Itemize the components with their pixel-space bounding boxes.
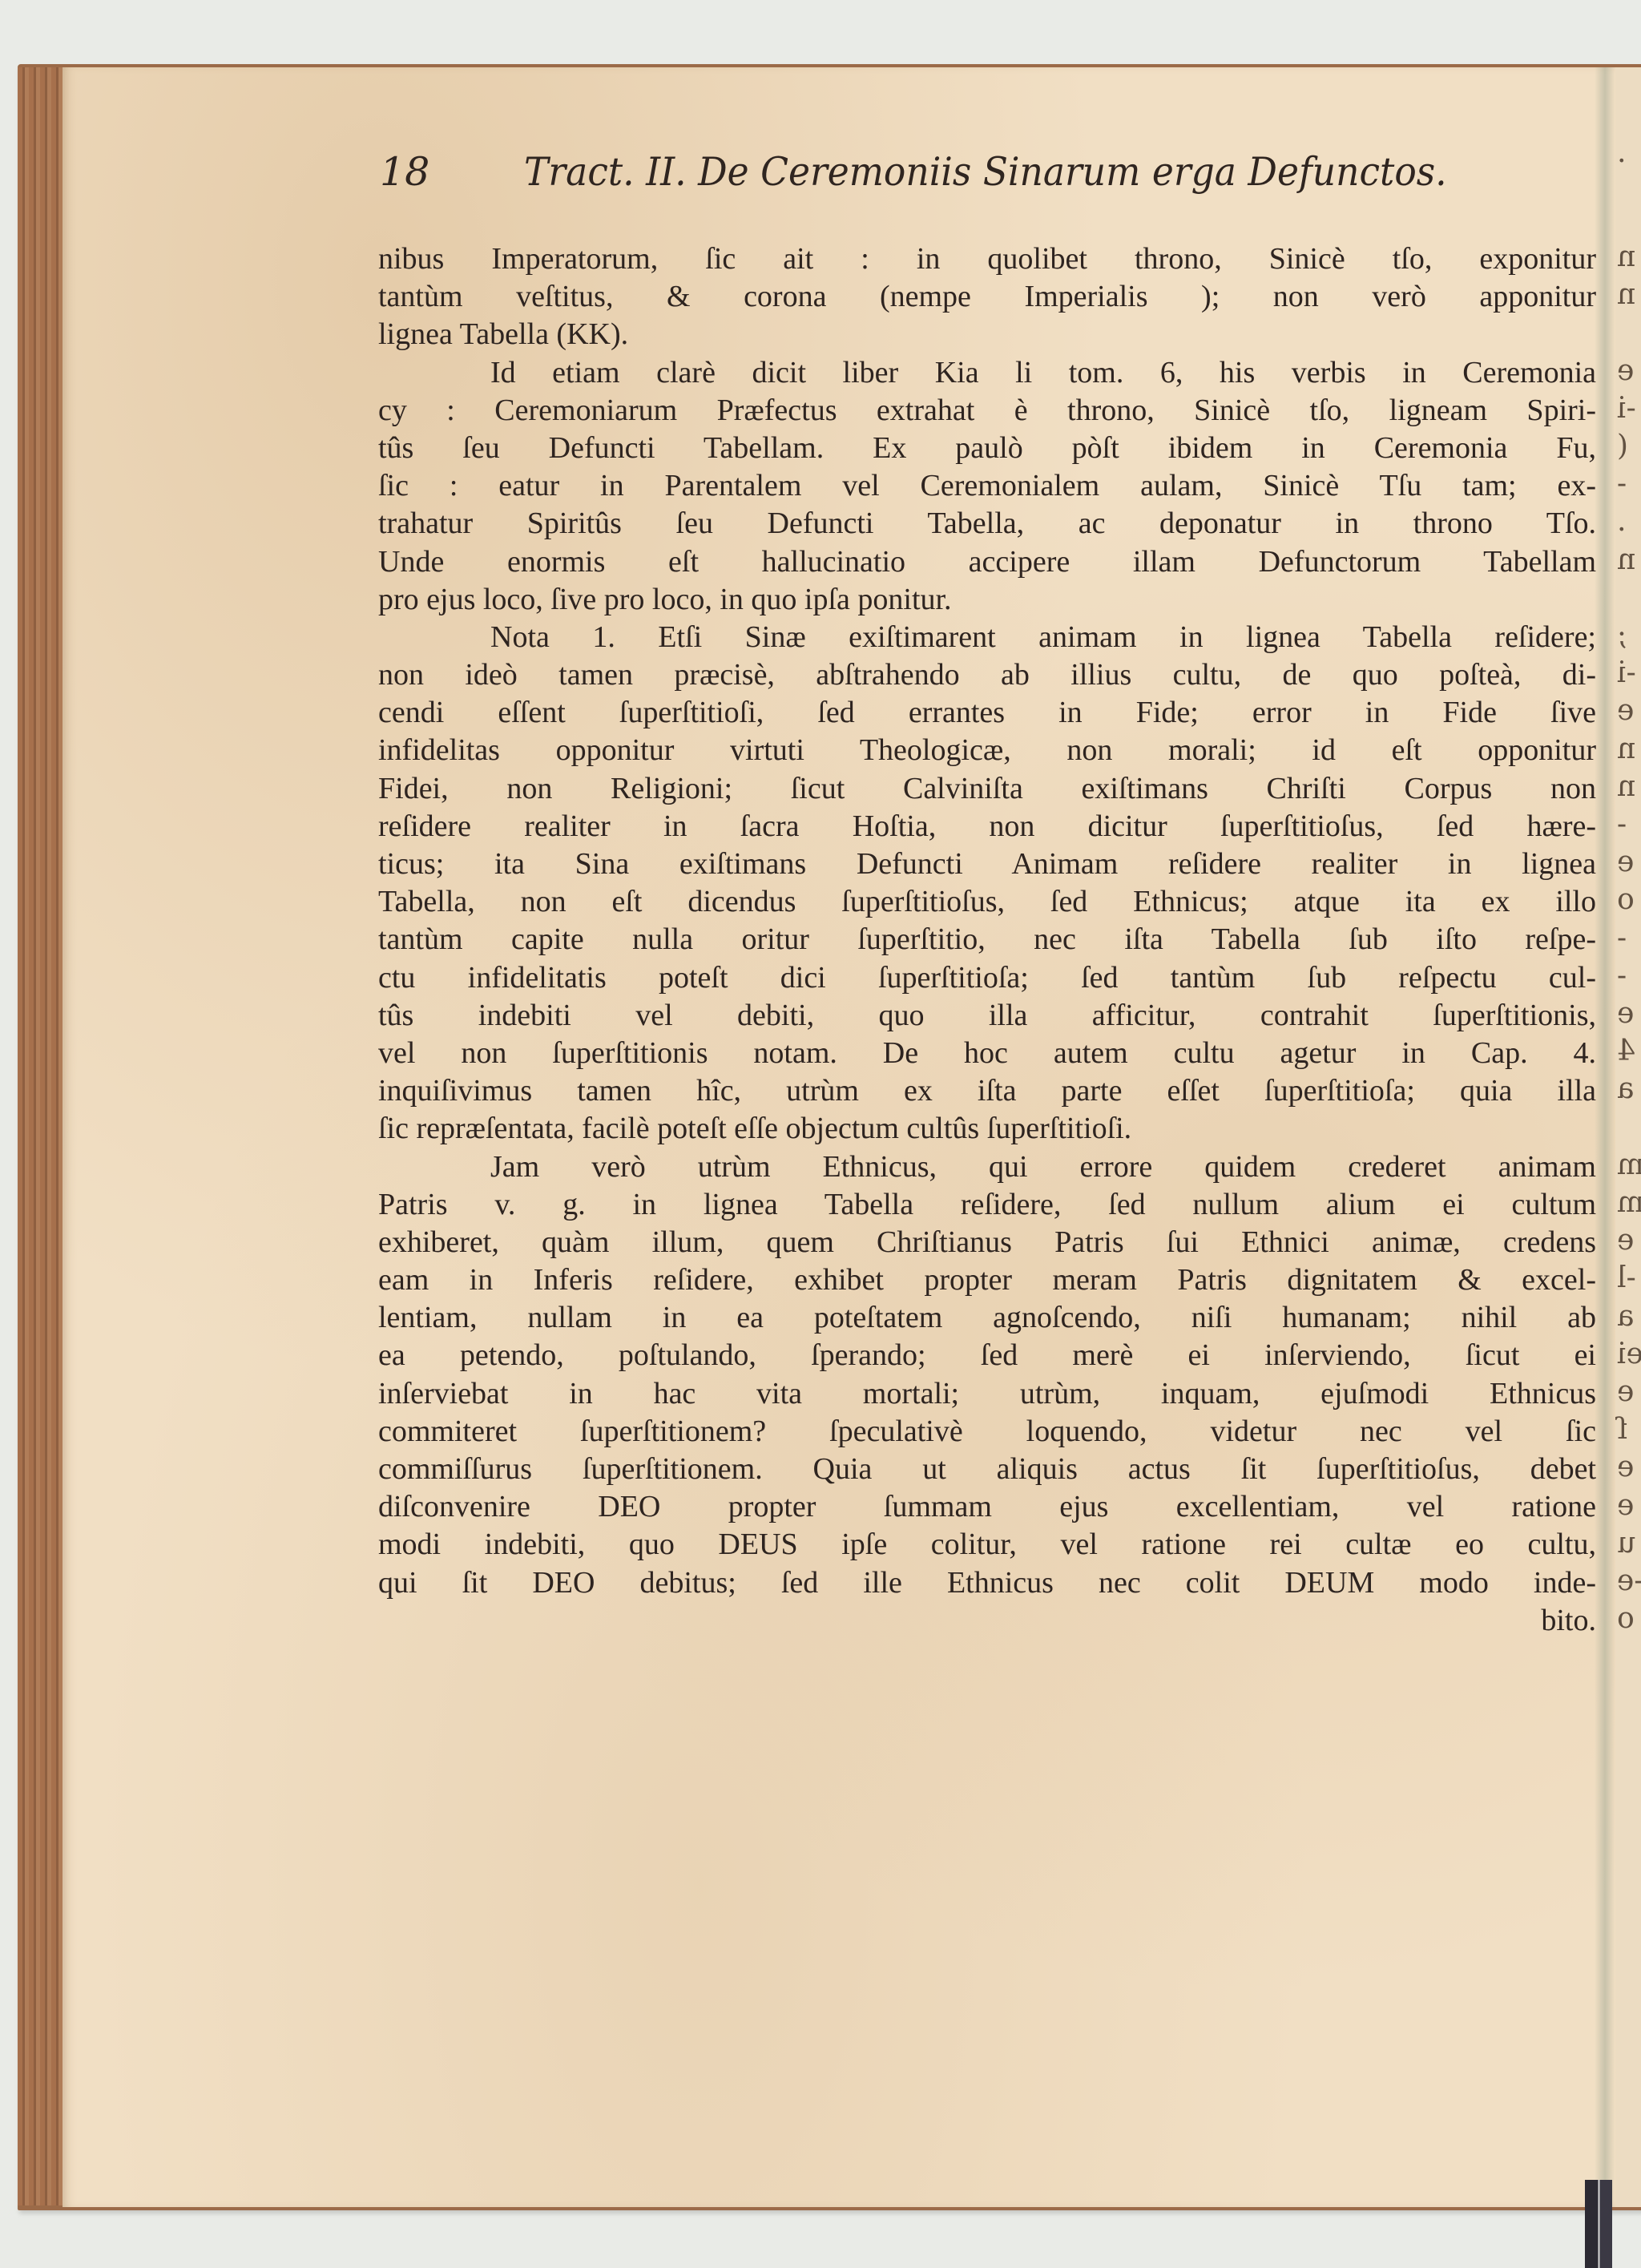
facing-page-fragment: -e [1617,1564,1641,1597]
text-line: ctu infidelitatis poteſt dici ſuperſtiti… [378,959,1596,997]
text-line: Tabella, non eſt dicendus ſuperſtitioſus… [378,883,1596,921]
facing-page-fragment: e [1617,1375,1634,1408]
facing-page-fragment: - [1617,959,1627,992]
facing-page-fragment: u [1617,1527,1635,1560]
facing-page-fragment: e [1617,845,1634,878]
text-line: lentiam, nullam in ea poteſtatem agnoſce… [378,1299,1596,1337]
facing-page-fragment: o [1617,883,1635,916]
page-number: 18 [380,149,524,195]
text-line: pro ejus loco, ſive pro loco, in quo ipſ… [378,581,1596,619]
facing-page-fragment: e [1617,694,1634,727]
text-line: commiteret ſuperſtitionem? ſpeculativè l… [378,1413,1596,1451]
text-line: non ideò tamen præcisè, abſtrahendo ab i… [378,656,1596,694]
facing-page-fragment: 4 [1617,1035,1635,1067]
facing-page-fragment: . [1617,136,1626,169]
facing-page-fragment: e [1617,997,1634,1030]
text-line: inquiſivimus tamen hîc, utrùm ex iſta pa… [378,1072,1596,1110]
facing-page-fragment: e [1617,1451,1634,1483]
text-line: commiſſurus ſuperſtitionem. Quia ut aliq… [378,1451,1596,1488]
facing-page-fragment: - [1617,922,1627,954]
text-line: Nota 1. Etſi Sinæ exiſtimarent animam in… [378,619,1596,656]
text-line: tantùm veſtitus, & corona (nempe Imperia… [378,278,1596,316]
facing-page-fragment: a [1617,1300,1634,1333]
text-line: ticus; ita Sina exiſtimans Defuncti Anim… [378,845,1596,883]
body-text: nibus Imperatorum, ſic ait : in quolibet… [378,240,1596,1640]
text-line: ſic : eatur in Parentalem vel Ceremonial… [378,467,1596,505]
text-line: nibus Imperatorum, ſic ait : in quolibet… [378,240,1596,278]
text-line: cendi eſſent ſuperſtitioſi, ſed errantes… [378,694,1596,732]
text-line: Jam verò utrùm Ethnicus, qui errore quid… [378,1148,1596,1186]
text-line: eam in Inferis reſidere, exhibet propter… [378,1261,1596,1299]
text-line: inſerviebat in hac vita mortali; utrùm, … [378,1375,1596,1413]
facing-page-fragment: ſ [1617,1413,1627,1446]
text-line: Unde enormis eſt hallucinatio accipere i… [378,543,1596,581]
text-line: diſconvenire DEO propter ſummam ejus exc… [378,1488,1596,1526]
facing-page-fragment: n [1617,770,1635,803]
text-line: reſidere realiter in ſacra Hoſtia, non d… [378,808,1596,845]
text-line: tûs indebiti vel debiti, quo illa affici… [378,997,1596,1035]
facing-page-fragment: o [1617,1602,1635,1635]
facing-page-fragment: n [1617,278,1635,311]
facing-page-fragment: -i [1617,392,1636,425]
facing-page-fragment: - [1617,808,1627,841]
facing-page-fragment: ; [1617,619,1627,652]
facing-page-strip: .nne-i(-.n;-ienn-eo--e4amme-laeieſeeu-eo [1615,67,1641,2207]
text-line: ſic repræſentata, facilè poteſt eſſe obj… [378,1110,1596,1148]
text-line: trahatur Spiritûs ſeu Defuncti Tabella, … [378,505,1596,543]
text-line: qui ſit DEO debitus; ſed ille Ethnicus n… [378,1564,1596,1602]
running-head: 18Tract. II. De Ceremoniis Sinarum erga … [380,149,1516,205]
facing-page-fragment: e [1617,1224,1634,1257]
text-line: ea petendo, poſtulando, ſperando; ſed me… [378,1337,1596,1374]
gutter-shadow [1595,67,1615,2207]
page-edge-stack [18,67,62,2205]
facing-page-fragment: a [1617,1072,1634,1105]
text-line: cy : Ceremoniarum Præfectus extrahat è t… [378,392,1596,430]
text-line: lignea Tabella (KK). [378,316,1596,353]
bookmark-ribbon [1585,2180,1612,2268]
text-line: bito. [378,1602,1596,1640]
facing-page-fragment: -l [1617,1261,1636,1294]
text-line: infidelitas opponitur virtuti Theologicæ… [378,732,1596,769]
text-line: Id etiam clarè dicit liber Kia li tom. 6… [378,354,1596,392]
facing-page-fragment: n [1617,732,1635,765]
facing-page-fragment: e [1617,354,1634,387]
text-line: Patris v. g. in lignea Tabella reſidere,… [378,1186,1596,1224]
facing-page-fragment: m [1617,1186,1641,1219]
text-line: Fidei, non Religioni; ſicut Calviniſta e… [378,770,1596,808]
running-head-title: Tract. II. De Ceremoniis Sinarum erga De… [524,149,1447,195]
facing-page-fragment: n [1617,543,1635,576]
facing-page-fragment: m [1617,1148,1641,1181]
facing-page-fragment: ei [1617,1338,1641,1370]
facing-page-fragment: e [1617,1489,1634,1522]
facing-page-fragment: n [1617,240,1635,273]
facing-page-fragment: - [1617,467,1627,500]
text-line: modi indebiti, quo DEUS ipſe colitur, ve… [378,1526,1596,1564]
text-line: vel non ſuperſtitionis notam. De hoc aut… [378,1035,1596,1072]
text-line: tantùm capite nulla oritur ſuperſtitio, … [378,921,1596,958]
facing-page-fragment: . [1617,505,1626,538]
facing-page-fragment: ( [1617,430,1628,462]
text-line: exhiberet, quàm illum, quem Chriſtianus … [378,1224,1596,1261]
text-line: tûs ſeu Defuncti Tabellam. Ex paulò pòſt… [378,430,1596,467]
facing-page-fragment: -i [1617,656,1636,689]
